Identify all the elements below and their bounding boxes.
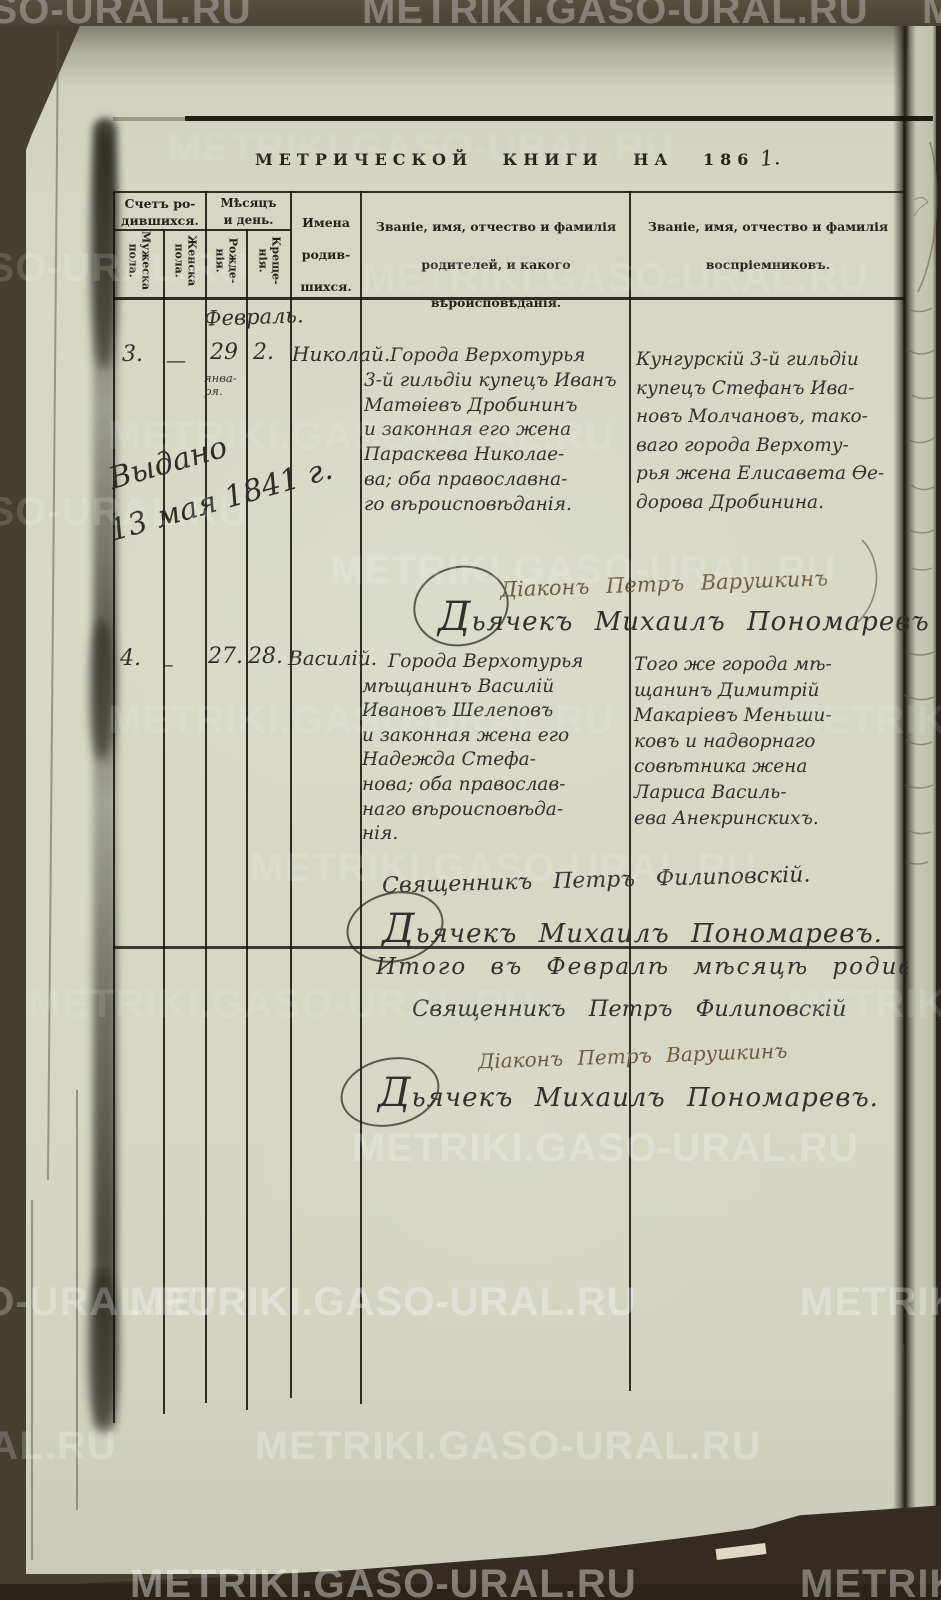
text-line: Параскева Николае- [364, 443, 636, 468]
text-line: шихся. [292, 271, 360, 303]
header-month-baptized: Креще-нія. [257, 227, 282, 295]
header-parents: Званіе, имя, отчество и фамиліяродителей… [363, 208, 629, 322]
text-line: пола. [173, 227, 186, 295]
margin-scribble [904, 300, 940, 580]
entry1-number-female: — [166, 348, 186, 372]
text-line: мѣщанинъ Василій [362, 675, 634, 700]
header-month-born: Рожде-нія. [214, 227, 239, 295]
text-line: Лариса Василь- [634, 780, 914, 806]
header-top-rule [113, 191, 905, 193]
title-year-handwritten: 1. [759, 145, 781, 171]
signature-sexton-2: Дьячекъ Михаилъ Пономаревъ. [382, 906, 883, 952]
text-line: нія. [214, 227, 227, 295]
scan-top-bar [0, 0, 941, 26]
margin-scribble [900, 640, 940, 870]
month-label: Февраль. [204, 303, 304, 330]
text-line: го вѣроисповѣданія. [364, 493, 636, 518]
text-line: Макаріевъ Меньши- [634, 703, 914, 729]
text-line: ря. [204, 385, 237, 398]
text-line: родителей, и какого вѣроисповѣданія. [363, 246, 629, 322]
entry1-parents: Города Верхотурья3-й гильдіи купецъ Иван… [364, 344, 636, 518]
text-line: 3-й гильдіи купецъ Иванъ [364, 369, 636, 394]
text-line: воспріемниковъ. [632, 246, 904, 284]
page-edge-line [31, 1200, 33, 1560]
text-line: родив- [292, 239, 360, 271]
text-line: Креще- [269, 227, 282, 295]
entry2-baptized-day: 28. [248, 644, 283, 669]
text-line: Кунгурскій 3-й гильдіи [636, 346, 914, 375]
entry1-godparents: Кунгурскій 3-й гильдіикупецъ Стефанъ Ива… [636, 346, 914, 518]
header-month: Мѣсяцъи день. [206, 195, 291, 229]
header-count-female: Женскапола. [173, 227, 198, 295]
text-line: совѣтника жена [634, 754, 914, 780]
entry1-number-male: 3. [122, 342, 143, 367]
text-line: Города Верхотурья [390, 344, 636, 369]
entry2-born-day: 27. [208, 644, 243, 669]
text-line: наго вѣроисповѣда- [362, 798, 634, 823]
text-line: купецъ Стефанъ Ива- [636, 375, 914, 404]
text-line: Матѳіевъ Дробининъ [364, 394, 636, 419]
totals-line: Итого въ Февралѣ мѣсяцѣ родившихся [376, 954, 908, 980]
text-line: Счетъ ро- [114, 195, 206, 212]
text-line: нія. [362, 822, 634, 847]
smudge-blob [90, 620, 114, 760]
title-year-printed: 186 [703, 150, 754, 169]
table-top-border-faint [113, 117, 185, 121]
text-line: Мужеска [139, 227, 152, 295]
text-line: нова; оба православ- [362, 773, 634, 798]
text-line: ковъ и надворнаго [634, 729, 914, 755]
column-rule-month-names [290, 191, 292, 1398]
text-line: Женска [185, 227, 198, 295]
entry2-number-female: – [164, 654, 174, 676]
text-line: Имена [292, 207, 360, 239]
header-godparents: Званіе, имя, отчество и фамиліявоспріемн… [632, 208, 904, 284]
text-line: Мѣсяцъ [206, 195, 291, 212]
header-names: Именародив-шихся. [292, 207, 360, 303]
text-line: новъ Молчановъ, тако- [636, 403, 914, 432]
entry1-born-day: 29 [210, 340, 238, 365]
text-line: янва- [204, 372, 237, 385]
column-rule-born-baptized [246, 229, 248, 1410]
column-rule-male-female [163, 229, 165, 1414]
text-line: и законная его жена [364, 418, 636, 443]
totals-sexton: Дьячекъ Михаилъ Пономаревъ. [378, 1070, 879, 1116]
column-rule-left [113, 191, 115, 1423]
title-printed-text: МЕТРИЧЕСКОЙ КНИГИ НА [255, 150, 673, 169]
scan-bottom-bar [0, 1584, 941, 1600]
text-line: нія. [257, 227, 270, 295]
entry2-parents: Города Верхотурьямѣщанинъ ВасилійИвановъ… [362, 650, 634, 847]
table-top-border [185, 116, 933, 121]
text-line: и законная жена его [362, 724, 634, 749]
page-edge-line [76, 1090, 78, 1510]
text-line: щанинъ Димитрій [634, 678, 914, 704]
page-title: МЕТРИЧЕСКОЙ КНИГИ НА 1861. [255, 146, 775, 170]
text-line: Того же города мѣ- [634, 652, 914, 678]
text-line: ваго города Верхоту- [636, 432, 914, 461]
entry2-godparents: Того же города мѣ-щанинъ ДимитрійМакаріе… [634, 652, 914, 831]
paper-top-shadow [26, 22, 912, 88]
text-line: рья жена Елисавета Ѳе- [636, 460, 914, 489]
text-line: пола. [127, 227, 140, 295]
entry1-baptized-day: 2. [253, 340, 274, 365]
text-line: ева Анекринскихъ. [634, 806, 914, 832]
text-line: Надежда Стефа- [362, 748, 634, 773]
text-line: дорова Дробинина. [636, 489, 914, 518]
text-line: Города Верхотурья [388, 650, 634, 675]
margin-scribble [848, 538, 888, 624]
text-line: Званіе, имя, отчество и фамилія [632, 208, 904, 246]
header-count: Счетъ ро-дившихся. [114, 195, 206, 229]
text-line: Рожде- [226, 227, 239, 295]
header-count-male: Мужескапола. [127, 227, 152, 295]
totals-priest: Священникъ Петръ Филиповскій [412, 996, 846, 1022]
entry2-number-male: 4. [120, 646, 141, 671]
text-line: ва; оба православна- [364, 468, 636, 493]
margin-scribble [902, 140, 940, 300]
entry1-born-month: янва-ря. [204, 372, 237, 397]
scanned-metric-book-page: МЕТРИЧЕСКОЙ КНИГИ НА 1861. Счетъ ро-дивш… [0, 0, 941, 1600]
text-line: Званіе, имя, отчество и фамилія [363, 208, 629, 246]
text-line: Ивановъ Шелеповъ [362, 699, 634, 724]
